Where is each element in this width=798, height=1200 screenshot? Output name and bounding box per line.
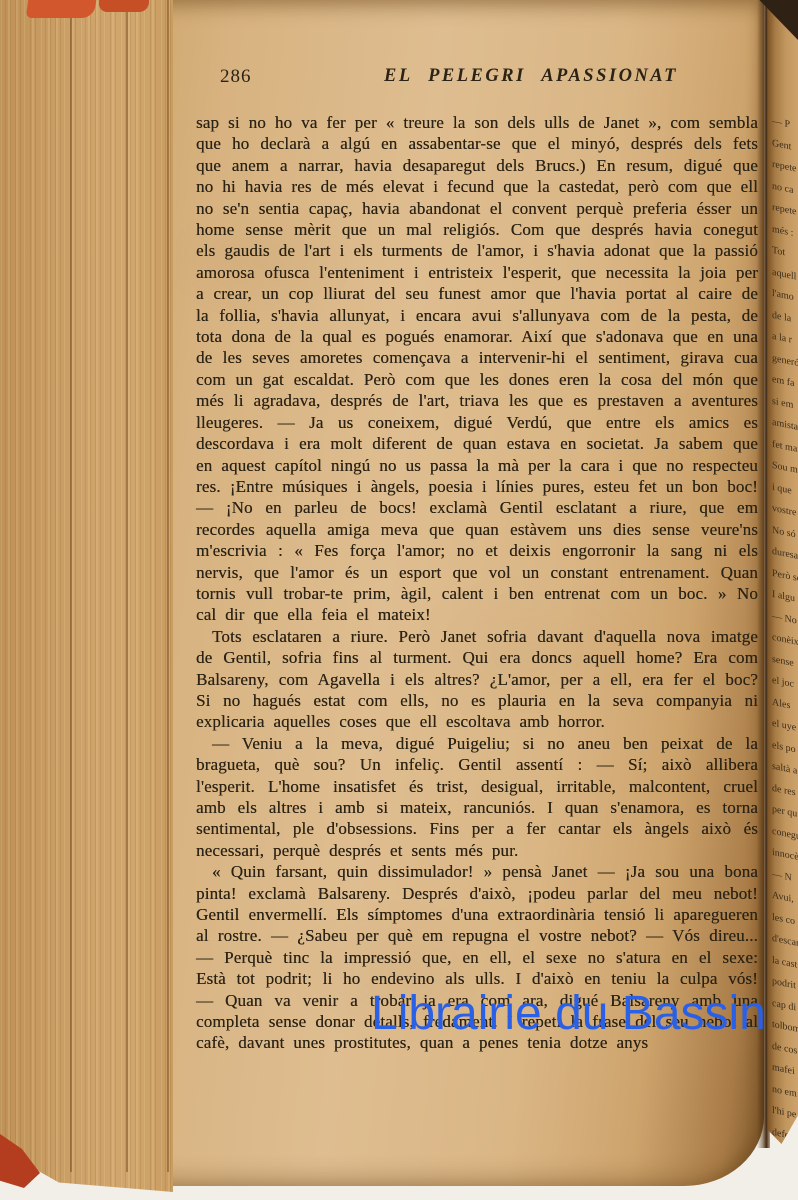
right-page-text-column: — PGentrepeteno carepetemés :Totaquelll'…	[768, 0, 798, 1144]
page-edge-line	[126, 0, 128, 1172]
watermark: Librairie du Bassin	[371, 986, 766, 1041]
paragraph: Tots esclataren a riure. Però Janet sofr…	[196, 626, 758, 733]
right-page-text-fragment: defen	[772, 1121, 798, 1144]
page-content: 286 EL PELEGRI APASSIONAT sap si no ho v…	[196, 66, 758, 1054]
paragraph: — Veniu a la meva, digué Puigeliu; si no…	[196, 733, 758, 861]
book-photo: — PGentrepeteno carepetemés :Totaquelll'…	[0, 0, 798, 1200]
running-title: EL PELEGRI APASSIONAT	[384, 66, 678, 87]
right-page-sliver: — PGentrepeteno carepetemés :Totaquelll'…	[768, 0, 798, 1144]
spine-top-fragment	[26, 0, 97, 18]
paragraph: sap si no ho va fer per « treure la son …	[196, 112, 758, 626]
page-edge-line	[70, 0, 72, 1172]
page-number: 286	[220, 66, 252, 88]
body-text: sap si no ho va fer per « treure la son …	[196, 112, 758, 1054]
spine-top-fragment	[99, 0, 149, 12]
left-page-edges	[0, 0, 173, 1192]
page-header: 286 EL PELEGRI APASSIONAT	[196, 66, 758, 96]
page-edge-line	[167, 0, 169, 1172]
